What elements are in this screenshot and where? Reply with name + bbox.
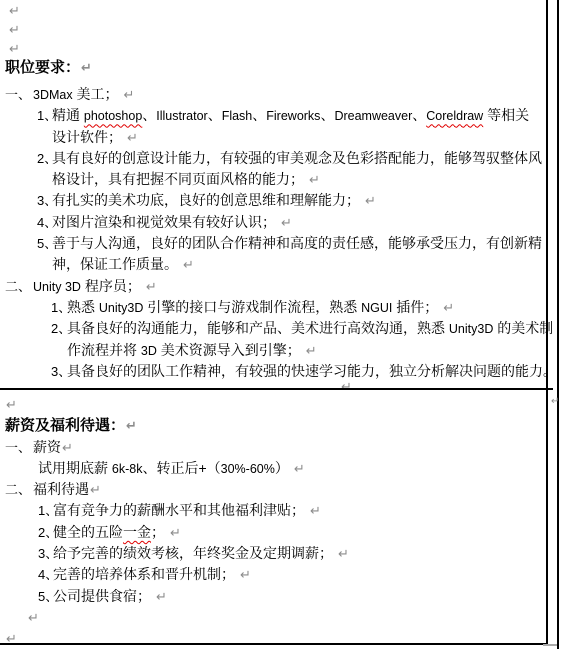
text-line: ↵ xyxy=(0,607,552,628)
list-number: 1、 xyxy=(38,500,53,521)
line-text: 格设计，具有把握不同页面风格的能力； xyxy=(52,171,304,187)
text-line: 一、3DMax 美工；↵ xyxy=(0,84,552,105)
line-text: 给予完善的绩效考核，年终奖金及定期调薪； xyxy=(53,545,333,561)
list-number: 4、 xyxy=(37,212,52,233)
line-text: 神，保证工作质量。 xyxy=(52,256,178,272)
paragraph-mark-icon: ↵ xyxy=(338,546,349,561)
line-text: 对图片渲染和视觉效果有较好认识； xyxy=(52,214,276,230)
paragraph-mark-icon: ↵ xyxy=(9,41,20,56)
table-bottom-border xyxy=(0,643,548,645)
line-text: 有扎实的美术功底，良好的创意思维和理解能力； xyxy=(52,192,360,208)
paragraph-mark-icon: ↵ xyxy=(309,172,320,187)
list-number: 2、 xyxy=(37,148,52,169)
line-text: 职位要求： xyxy=(5,59,80,76)
paragraph-mark-icon: ↵ xyxy=(156,589,167,604)
list-number: 一、 xyxy=(5,84,33,105)
text-line: 3、具备良好的团队工作精神，有较强的快速学习能力，独立分析解决问题的能力。↵ xyxy=(0,361,552,382)
page-edge-border xyxy=(557,0,559,649)
line-text: 善于与人沟通，良好的团队合作精神和高度的责任感，能够承受压力，有创新精 xyxy=(52,235,542,251)
text-line: 2、具有良好的创意设计能力，有较强的审美观念及色彩搭配能力，能够驾驭整体风 xyxy=(0,148,552,169)
paragraph-mark-icon: ↵ xyxy=(294,461,305,476)
table-corner-mark xyxy=(543,644,557,646)
paragraph-mark-icon: ↵ xyxy=(281,215,292,230)
line-text: 健全的五险一金； xyxy=(53,524,165,540)
line-text: 精通 photoshop、Illustrator、Flash、Fireworks… xyxy=(52,107,529,123)
document-page: ↵↵↵职位要求：↵一、3DMax 美工；↵1、精通 photoshop、Illu… xyxy=(0,0,561,649)
list-number: 3、 xyxy=(38,543,53,564)
paragraph-mark-icon: ↵ xyxy=(123,87,134,102)
paragraph-mark-icon: ↵ xyxy=(365,193,376,208)
paragraph-mark-icon: ↵ xyxy=(9,22,20,37)
paragraph-mark-icon: ↵ xyxy=(62,440,73,455)
line-text: 具备良好的沟通能力，能够和产品、美术进行高效沟通，熟悉 Unity3D 的美术制 xyxy=(67,320,552,336)
block-requirements[interactable]: ↵↵↵职位要求：↵一、3DMax 美工；↵1、精通 photoshop、Illu… xyxy=(0,0,552,392)
paragraph-mark-icon: ↵ xyxy=(341,379,352,392)
list-number: 2、 xyxy=(51,318,67,339)
line-text: Unity 3D 程序员； xyxy=(33,278,141,294)
list-number: 5、 xyxy=(37,233,52,254)
list-number: 3、 xyxy=(51,361,67,382)
paragraph-mark-icon: ↵ xyxy=(127,130,138,145)
list-number: 4、 xyxy=(38,564,53,585)
paragraph-mark-icon: ↵ xyxy=(81,60,92,75)
text-line: ↵ xyxy=(0,628,552,643)
text-line: 4、对图片渲染和视觉效果有较好认识；↵ xyxy=(0,212,552,233)
text-line: ↵ xyxy=(0,38,552,57)
text-line: ↵ xyxy=(0,394,552,415)
paragraph-mark-icon: ↵ xyxy=(183,257,194,272)
text-line: 二、Unity 3D 程序员；↵ xyxy=(0,276,552,297)
list-number: 3、 xyxy=(37,190,52,211)
text-line: ↵ xyxy=(0,0,552,19)
text-line: 3、给予完善的绩效考核，年终奖金及定期调薪；↵ xyxy=(0,543,552,564)
text-line: 1、富有竞争力的薪酬水平和其他福利津贴；↵ xyxy=(0,500,552,521)
text-line: 1、精通 photoshop、Illustrator、Flash、Firewor… xyxy=(0,105,552,126)
line-text: 设计软件； xyxy=(52,129,122,145)
text-line: 5、善于与人沟通，良好的团队合作精神和高度的责任感，能够承受压力，有创新精 xyxy=(0,233,552,254)
text-line: 4、完善的培养体系和晋升机制；↵ xyxy=(0,564,552,585)
text-line: 作流程并将 3D 美术资源导入到引擎；↵ xyxy=(0,340,552,361)
block-salary[interactable]: ↵薪资及福利待遇：↵一、薪资↵试用期底薪 6k-8k、转正后+（30%-60%）… xyxy=(0,394,552,643)
table-right-border xyxy=(546,0,548,645)
paragraph-mark-icon: ↵ xyxy=(126,418,137,433)
text-line: 职位要求：↵ xyxy=(0,57,552,84)
line-text: 试用期底薪 6k-8k、转正后+（30%-60%） xyxy=(38,460,289,476)
line-text: 公司提供食宿； xyxy=(53,588,151,604)
list-number: 2、 xyxy=(38,522,53,543)
text-line: 二、福利待遇↵ xyxy=(0,479,552,500)
text-line: 2、具备良好的沟通能力，能够和产品、美术进行高效沟通，熟悉 Unity3D 的美… xyxy=(0,318,552,339)
text-line: 1、熟悉 Unity3D 引擎的接口与游戏制作流程，熟悉 NGUI 插件；↵ xyxy=(0,297,552,318)
text-line: 一、薪资↵ xyxy=(0,437,552,458)
text-line: 5、公司提供食宿；↵ xyxy=(0,586,552,607)
paragraph-mark-icon: ↵ xyxy=(146,279,157,294)
paragraph-mark-icon: ↵ xyxy=(443,300,454,315)
paragraph-mark-icon: ↵ xyxy=(551,396,559,407)
line-text: 福利待遇 xyxy=(33,481,89,497)
text-line: ↵ xyxy=(0,19,552,38)
line-text: 完善的培养体系和晋升机制； xyxy=(53,566,235,582)
list-number: 5、 xyxy=(38,586,53,607)
paragraph-mark-icon: ↵ xyxy=(240,567,251,582)
text-line: 薪资及福利待遇：↵ xyxy=(0,415,552,436)
list-number: 1、 xyxy=(37,105,52,126)
text-line: 设计软件；↵ xyxy=(0,127,552,148)
paragraph-mark-icon: ↵ xyxy=(310,503,321,518)
text-line: 2、健全的五险一金；↵ xyxy=(0,522,552,543)
line-text: 富有竞争力的薪酬水平和其他福利津贴； xyxy=(53,502,305,518)
table-row-divider-border xyxy=(0,388,553,390)
paragraph-mark-icon: ↵ xyxy=(28,610,39,625)
paragraph-mark-icon: ↵ xyxy=(170,525,181,540)
list-number: 一、 xyxy=(5,437,33,458)
line-text: 作流程并将 3D 美术资源导入到引擎； xyxy=(67,342,301,358)
paragraph-mark-icon: ↵ xyxy=(6,397,17,412)
line-text: 具备良好的团队工作精神，有较强的快速学习能力，独立分析解决问题的能力。 xyxy=(67,363,552,379)
paragraph-mark-icon: ↵ xyxy=(306,343,317,358)
text-line: 3、有扎实的美术功底，良好的创意思维和理解能力；↵ xyxy=(0,190,552,211)
text-line: 格设计，具有把握不同页面风格的能力；↵ xyxy=(0,169,552,190)
line-text: 熟悉 Unity3D 引擎的接口与游戏制作流程，熟悉 NGUI 插件； xyxy=(67,299,438,315)
list-number: 二、 xyxy=(5,479,33,500)
line-text: 薪资及福利待遇： xyxy=(5,417,125,434)
text-line: 神，保证工作质量。↵ xyxy=(0,254,552,275)
line-text: 具有良好的创意设计能力，有较强的审美观念及色彩搭配能力，能够驾驭整体风 xyxy=(52,150,542,166)
paragraph-mark-icon: ↵ xyxy=(6,631,17,643)
paragraph-mark-icon: ↵ xyxy=(9,3,20,18)
text-line: 试用期底薪 6k-8k、转正后+（30%-60%）↵ xyxy=(0,458,552,479)
paragraph-mark-icon: ↵ xyxy=(90,482,101,497)
line-text: 3DMax 美工； xyxy=(33,86,118,102)
line-text: 薪资 xyxy=(33,439,61,455)
list-number: 1、 xyxy=(51,297,67,318)
list-number: 二、 xyxy=(5,276,33,297)
